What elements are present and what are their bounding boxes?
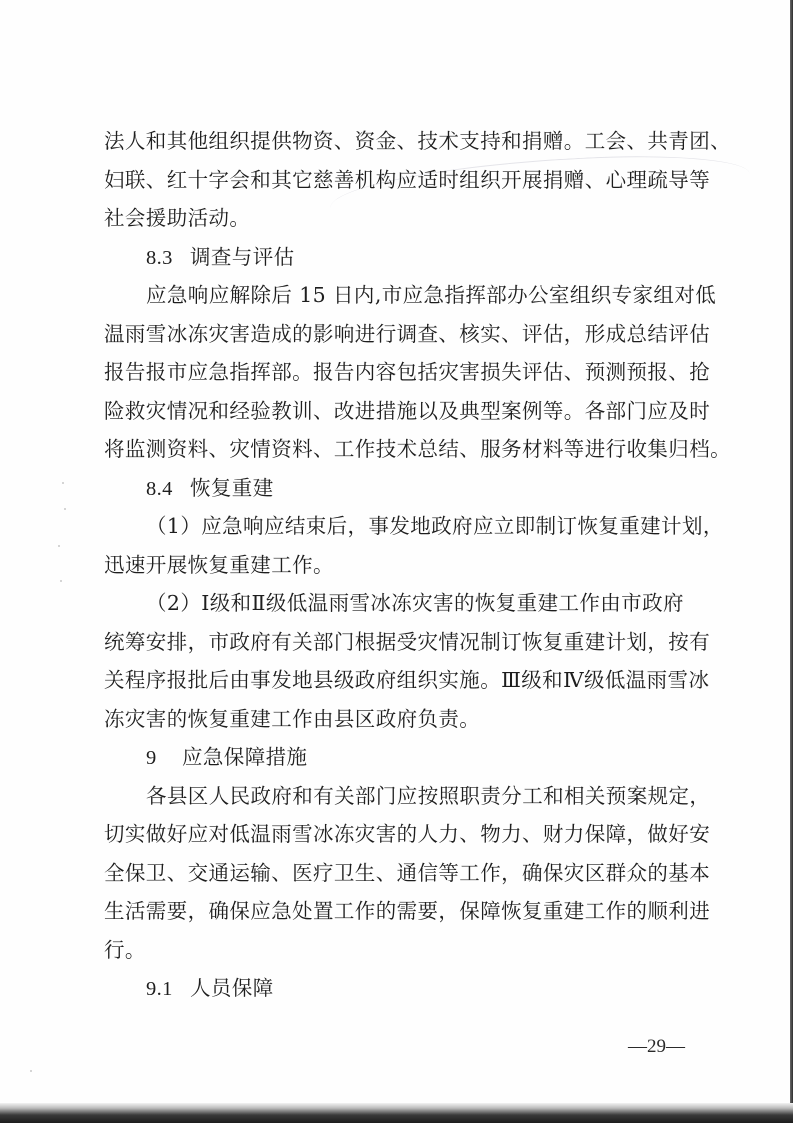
paragraph-line: 全保卫、交通运输、医疗卫生、通信等工作，确保灾区群众的基本 — [104, 854, 704, 893]
scan-speck — [64, 508, 66, 510]
page-number: —29— — [628, 1036, 685, 1058]
scan-speck — [60, 580, 62, 582]
scan-speck — [62, 482, 64, 484]
scan-edge-bottom — [0, 1103, 793, 1123]
section-heading-9-1: 9.1人员保障 — [104, 969, 704, 1008]
paragraph-line: 报告报市应急指挥部。报告内容包括灾害损失评估、预测预报、抢 — [104, 353, 704, 392]
paragraph-line: 各县区人民政府和有关部门应按照职责分工和相关预案规定， — [104, 777, 704, 816]
paragraph-line: （1）应急响应结束后，事发地政府应立即制订恢复重建计划， — [104, 507, 704, 546]
paragraph-line: 关程序报批后由事发地县级政府组织实施。Ⅲ级和Ⅳ级低温雨雪冰 — [104, 661, 704, 700]
section-title: 调查与评估 — [190, 245, 295, 269]
section-number: 9 — [146, 739, 182, 778]
section-number: 8.4 — [146, 470, 190, 509]
paragraph-line: 生活需要，确保应急处置工作的需要，保障恢复重建工作的顺利进 — [104, 892, 704, 931]
paragraph-line: 迅速开展恢复重建工作。 — [104, 546, 704, 585]
paragraph-line: 将监测资料、灾情资料、工作技术总结、服务材料等进行收集归档。 — [104, 430, 704, 469]
document-page: 法人和其他组织提供物资、资金、技术支持和捐赠。工会、共青团、 妇联、红十字会和其… — [0, 0, 790, 1104]
section-heading-9: 9应急保障措施 — [104, 738, 704, 777]
paragraph-line: 险救灾情况和经验教训、改进措施以及典型案例等。各部门应及时 — [104, 392, 704, 431]
section-title: 应急保障措施 — [182, 745, 307, 769]
paragraph-line: 温雨雪冰冻灾害造成的影响进行调查、核实、评估，形成总结评估 — [104, 315, 704, 354]
section-heading-8-3: 8.3调查与评估 — [104, 238, 704, 277]
paragraph-line: 统筹安排，市政府有关部门根据受灾情况制订恢复重建计划，按有 — [104, 623, 704, 662]
paragraph-line: 法人和其他组织提供物资、资金、技术支持和捐赠。工会、共青团、 — [104, 122, 704, 161]
paragraph-line: 切实做好应对低温雨雪冰冻灾害的人力、物力、财力保障，做好安 — [104, 815, 704, 854]
paragraph-line: 应急响应解除后 15 日内,市应急指挥部办公室组织专家组对低 — [104, 276, 704, 315]
section-title: 恢复重建 — [190, 476, 274, 500]
paragraph-line: （2）Ⅰ级和Ⅱ级低温雨雪冰冻灾害的恢复重建工作由市政府 — [104, 584, 704, 623]
scan-speck — [58, 545, 60, 547]
section-number: 8.3 — [146, 239, 190, 278]
scan-speck — [30, 1070, 32, 1072]
paragraph-line: 妇联、红十字会和其它慈善机构应适时组织开展捐赠、心理疏导等 — [104, 161, 704, 200]
section-title: 人员保障 — [190, 976, 274, 1000]
section-number: 9.1 — [146, 970, 190, 1009]
document-body: 法人和其他组织提供物资、资金、技术支持和捐赠。工会、共青团、 妇联、红十字会和其… — [104, 122, 704, 1008]
section-heading-8-4: 8.4恢复重建 — [104, 469, 704, 508]
paragraph-line: 冻灾害的恢复重建工作由县区政府负责。 — [104, 700, 704, 739]
paragraph-line: 社会援助活动。 — [104, 199, 704, 238]
paragraph-line: 行。 — [104, 931, 704, 970]
